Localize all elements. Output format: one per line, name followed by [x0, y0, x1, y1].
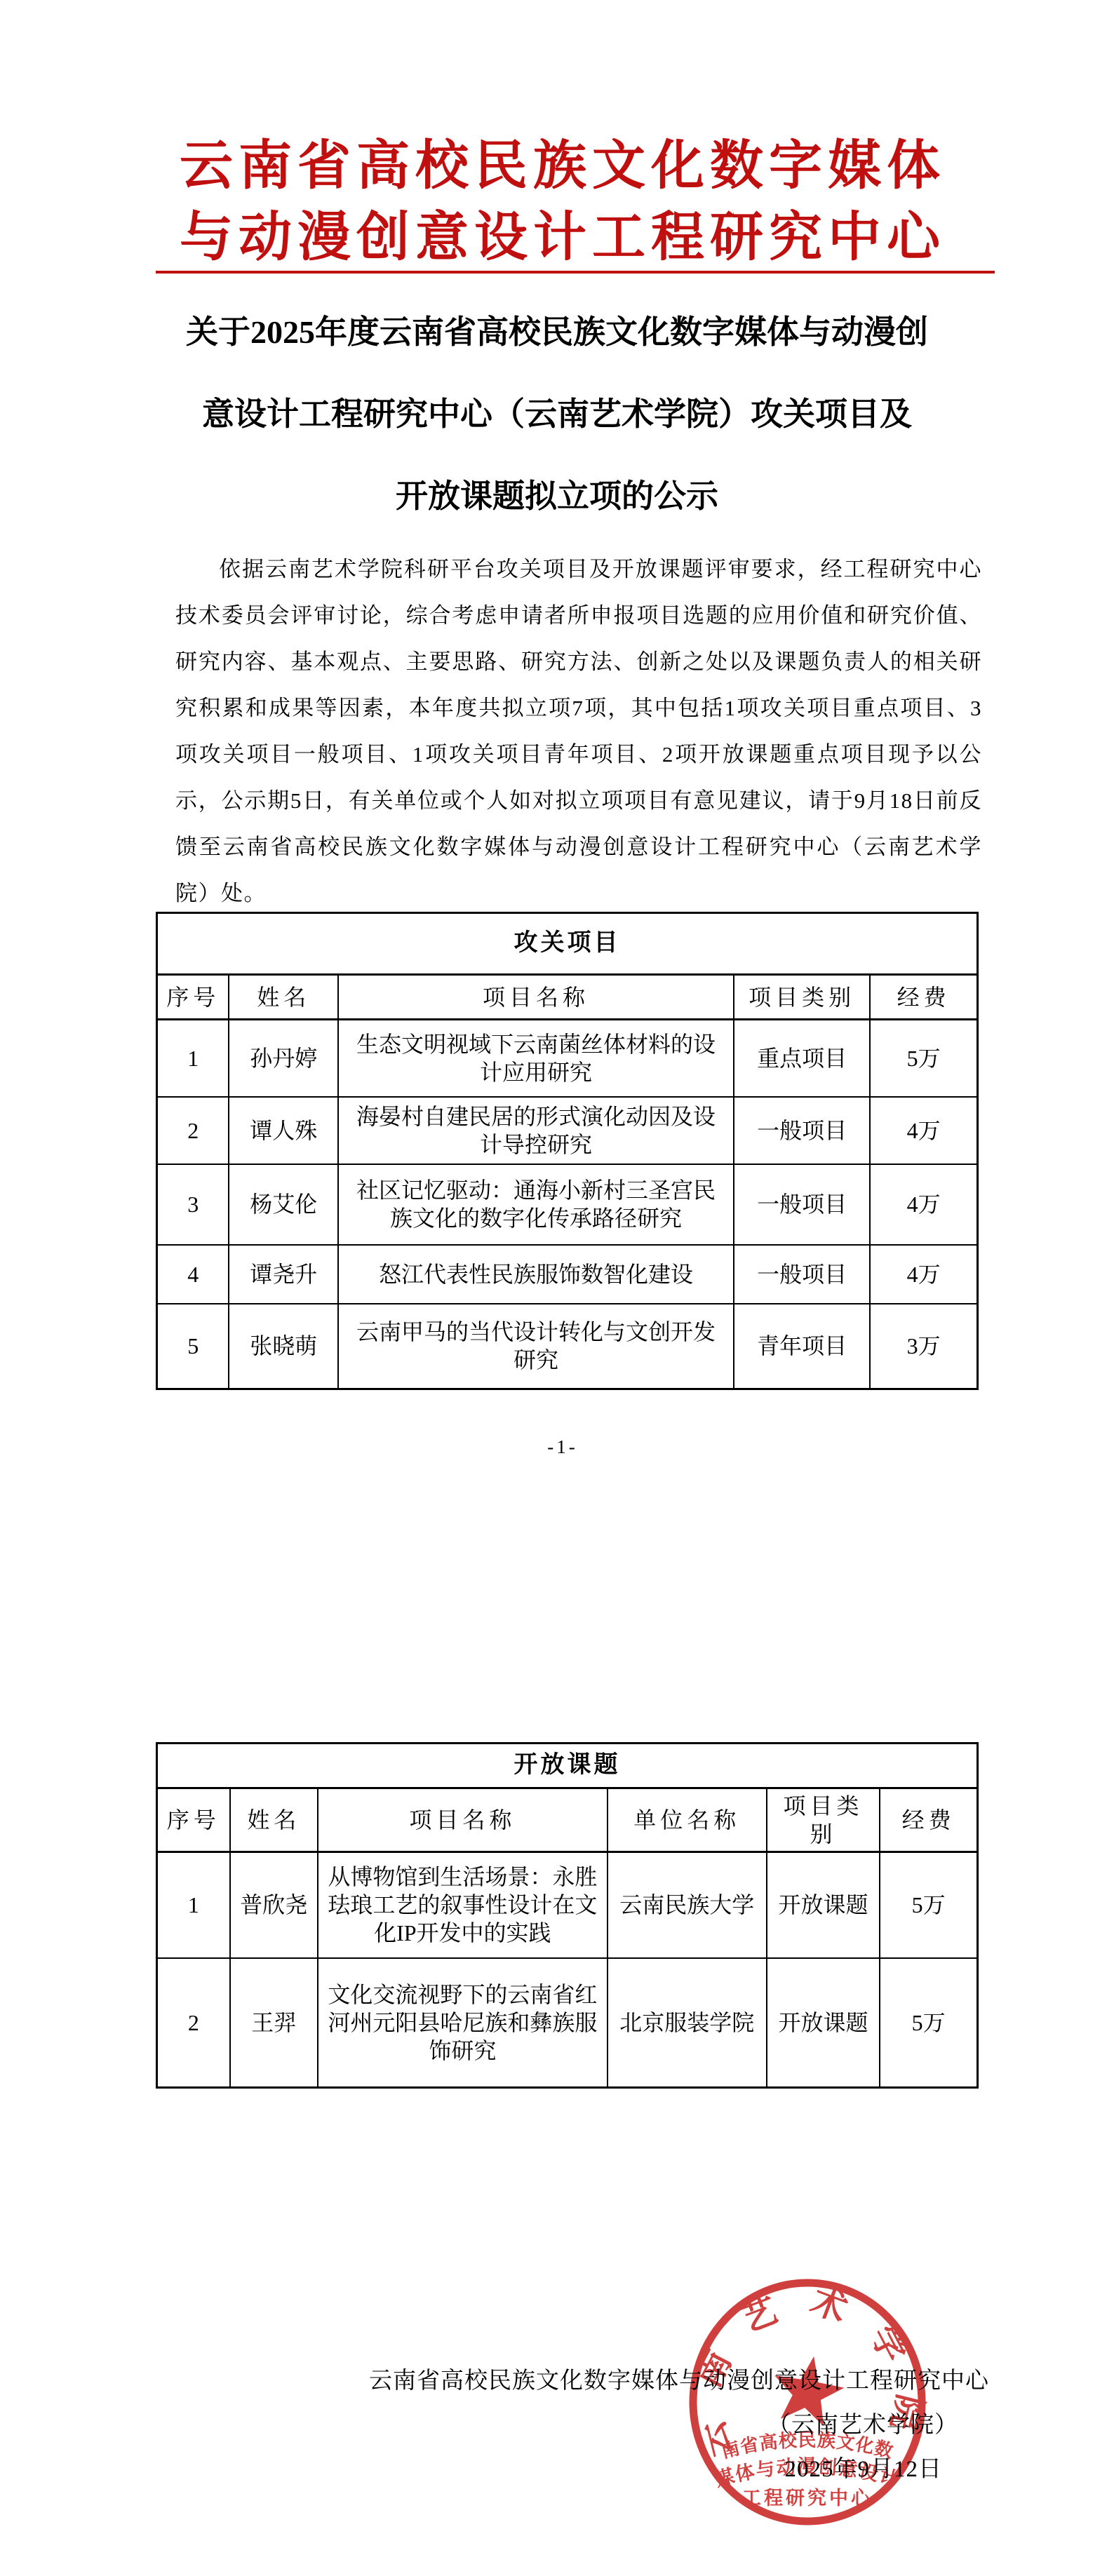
cell-name: 孙丹婷: [229, 1020, 338, 1097]
cell-index: 3: [157, 1164, 229, 1245]
cell-project: 文化交流视野下的云南省红河州元阳县哈尼族和彝族服饰研究: [318, 1958, 608, 2088]
cell-category: 开放课题: [767, 1852, 880, 1958]
cell-index: 1: [157, 1020, 229, 1097]
masthead-rule: [156, 271, 995, 274]
cell-name: 杨艾伦: [229, 1164, 338, 1245]
table-title-row: 攻关项目: [157, 913, 978, 975]
cell-fund: 4万: [870, 1164, 977, 1245]
table-row: 4 谭尧升 怒江代表性民族服饰数智化建设 一般项目 4万: [157, 1245, 978, 1304]
cell-name: 张晓萌: [229, 1304, 338, 1389]
page-number: -1-: [156, 1436, 969, 1458]
cell-category: 青年项目: [734, 1304, 870, 1389]
svg-text:媒体与动漫创意设计: 媒体与动漫创意设计: [713, 2456, 902, 2490]
cell-project: 云南甲马的当代设计转化与文创开发研究: [338, 1304, 734, 1389]
table1-header-fund: 经费: [870, 975, 977, 1020]
key-projects-table: 攻关项目 序号 姓名 项目名称 项目类别 经费 1 孙丹婷 生态文明视域下云南菌…: [156, 912, 979, 1390]
table1-header-name: 姓名: [229, 975, 338, 1020]
document-title-line2: 意设计工程研究中心（云南艺术学院）攻关项目及: [137, 373, 977, 455]
cell-fund: 3万: [870, 1304, 977, 1389]
cell-name: 王羿: [230, 1958, 318, 2088]
official-seal: 云南艺术学院 云南省高校民族文化数字 媒体与动漫创意设计 工程研究中心: [681, 2272, 934, 2532]
table-row: 1 普欣尧 从博物馆到生活场景：永胜珐琅工艺的叙事性设计在文化IP开发中的实践 …: [157, 1852, 978, 1958]
table-header-row: 序号 姓名 项目名称 项目类别 经费: [157, 975, 978, 1020]
open-topics-table: 开放课题 序号 姓名 项目名称 单位名称 项目类别 经费 1 普欣尧 从博物馆到…: [156, 1742, 979, 2089]
table1-title: 攻关项目: [157, 913, 978, 975]
table1-header-project: 项目名称: [338, 975, 734, 1020]
cell-category: 一般项目: [734, 1097, 870, 1164]
table2-header-index: 序号: [157, 1788, 230, 1852]
seal-star-icon: [767, 2350, 849, 2429]
cell-category: 一般项目: [734, 1245, 870, 1304]
cell-project: 怒江代表性民族服饰数智化建设: [338, 1245, 734, 1304]
cell-fund: 4万: [870, 1245, 977, 1304]
masthead: 云南省高校民族文化数字媒体 与动漫创意设计工程研究中心: [156, 130, 969, 274]
table-row: 1 孙丹婷 生态文明视域下云南菌丝体材料的设计应用研究 重点项目 5万: [157, 1020, 978, 1097]
cell-index: 4: [157, 1245, 229, 1304]
cell-name: 谭人殊: [229, 1097, 338, 1164]
cell-index: 5: [157, 1304, 229, 1389]
cell-index: 1: [157, 1852, 230, 1958]
cell-unit: 云南民族大学: [608, 1852, 767, 1958]
table2-header-unit: 单位名称: [608, 1788, 767, 1852]
cell-unit: 北京服装学院: [608, 1958, 767, 2088]
seal-inner-line2: 媒体与动漫创意设计: [713, 2456, 902, 2490]
masthead-line1: 云南省高校民族文化数字媒体: [156, 130, 969, 202]
body-paragraph: 依据云南艺术学院科研平台攻关项目及开放课题评审要求，经工程研究中心技术委员会评审…: [175, 546, 982, 917]
cell-name: 谭尧升: [229, 1245, 338, 1304]
cell-name: 普欣尧: [230, 1852, 318, 1958]
cell-category: 重点项目: [734, 1020, 870, 1097]
cell-fund: 5万: [870, 1020, 977, 1097]
cell-index: 2: [157, 1958, 230, 2088]
document-title: 关于2025年度云南省高校民族文化数字媒体与动漫创 意设计工程研究中心（云南艺术…: [137, 291, 977, 537]
cell-category: 一般项目: [734, 1164, 870, 1245]
document-title-line3: 开放课题拟立项的公示: [137, 455, 977, 537]
document-page: 云南省高校民族文化数字媒体 与动漫创意设计工程研究中心 关于2025年度云南省高…: [0, 0, 1114, 2576]
table2-header-project: 项目名称: [318, 1788, 608, 1852]
cell-project: 从博物馆到生活场景：永胜珐琅工艺的叙事性设计在文化IP开发中的实践: [318, 1852, 608, 1958]
table2-header-category: 项目类别: [767, 1788, 880, 1852]
cell-fund: 5万: [880, 1958, 977, 2088]
cell-category: 开放课题: [767, 1958, 880, 2088]
cell-project: 社区记忆驱动：通海小新村三圣宫民族文化的数字化传承路径研究: [338, 1164, 734, 1245]
table-row: 2 王羿 文化交流视野下的云南省红河州元阳县哈尼族和彝族服饰研究 北京服装学院 …: [157, 1958, 978, 2088]
cell-index: 2: [157, 1097, 229, 1164]
seal-inner-line3: 工程研究中心: [742, 2487, 873, 2509]
table-row: 2 谭人殊 海晏村自建民居的形式演化动因及设计导控研究 一般项目 4万: [157, 1097, 978, 1164]
cell-fund: 4万: [870, 1097, 977, 1164]
table-header-row: 序号 姓名 项目名称 单位名称 项目类别 经费: [157, 1788, 978, 1852]
cell-project: 生态文明视域下云南菌丝体材料的设计应用研究: [338, 1020, 734, 1097]
table-row: 3 杨艾伦 社区记忆驱动：通海小新村三圣宫民族文化的数字化传承路径研究 一般项目…: [157, 1164, 978, 1245]
table2-title: 开放课题: [157, 1744, 978, 1788]
masthead-line2: 与动漫创意设计工程研究中心: [156, 202, 969, 274]
table1-header-index: 序号: [157, 975, 229, 1020]
table2-header-name: 姓名: [230, 1788, 318, 1852]
cell-fund: 5万: [880, 1852, 977, 1958]
table1-header-category: 项目类别: [734, 975, 870, 1020]
document-title-line1: 关于2025年度云南省高校民族文化数字媒体与动漫创: [137, 291, 977, 373]
cell-project: 海晏村自建民居的形式演化动因及设计导控研究: [338, 1097, 734, 1164]
table2-header-fund: 经费: [880, 1788, 977, 1852]
table-row: 5 张晓萌 云南甲马的当代设计转化与文创开发研究 青年项目 3万: [157, 1304, 978, 1389]
table-title-row: 开放课题: [157, 1744, 978, 1788]
